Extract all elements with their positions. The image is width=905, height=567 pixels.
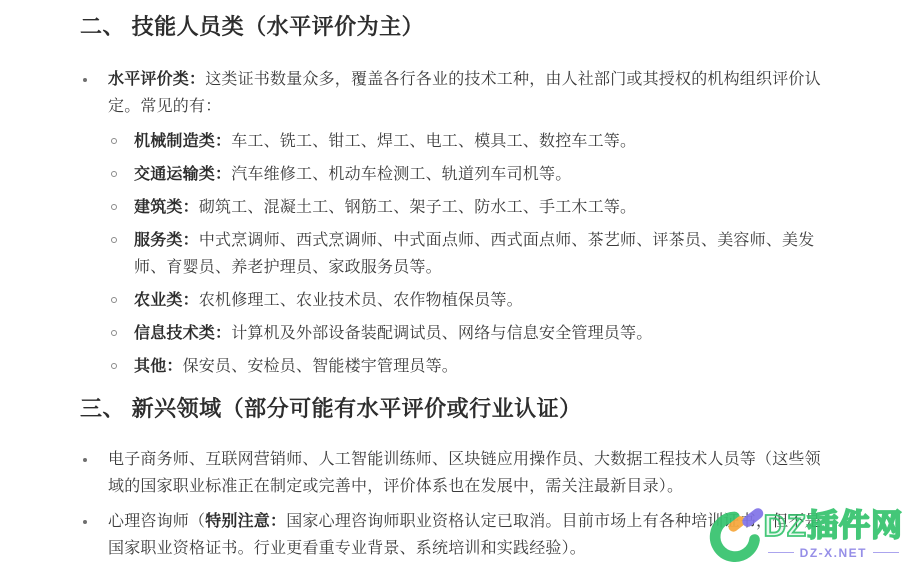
- item-label: 水平评价类：: [108, 71, 205, 88]
- bullet-circle-icon: [111, 171, 117, 177]
- common-categories-list: 机械制造类：车工、铣工、钳工、焊工、电工、模具工、数控车工等。 交通运输类：汽车…: [108, 128, 832, 380]
- section-emerging-fields: 三、 新兴领域（部分可能有水平评价或行业认证） 电子商务师、互联网营销师、人工智…: [80, 394, 832, 562]
- bullet-dot-icon: [83, 458, 87, 462]
- bullet-circle-icon: [111, 237, 117, 243]
- sub-item-transport: 交通运输类：汽车维修工、机动车检测工、轨道列车司机等。: [108, 161, 832, 188]
- item-bold-text: 特别注意：: [205, 513, 286, 530]
- sub-item-text: 保安员、安检员、智能楼宇管理员等。: [183, 358, 458, 375]
- section-heading-emerging-fields: 三、 新兴领域（部分可能有水平评价或行业认证）: [80, 394, 832, 424]
- list-item-psych-counselor: 心理咨询师（特别注意：国家心理咨询师职业资格认定已取消。目前市场上有各种培训证书…: [80, 508, 832, 562]
- sub-item-label: 信息技术类：: [134, 325, 231, 342]
- sub-item-text: 汽车维修工、机动车检测工、轨道列车司机等。: [231, 166, 571, 183]
- sub-item-text: 车工、铣工、钳工、焊工、电工、模具工、数控车工等。: [231, 133, 636, 150]
- sub-item-machinery: 机械制造类：车工、铣工、钳工、焊工、电工、模具工、数控车工等。: [108, 128, 832, 155]
- sub-item-construction: 建筑类：砌筑工、混凝土工、钢筋工、架子工、防水工、手工木工等。: [108, 194, 832, 221]
- list-item-level-evaluation: 水平评价类：这类证书数量众多，覆盖各行各业的技术工种，由人社部门或其授权的机构组…: [80, 66, 832, 380]
- sub-item-label: 交通运输类：: [134, 166, 231, 183]
- bullet-circle-icon: [111, 330, 117, 336]
- list-item-new-occupations: 电子商务师、互联网营销师、人工智能训练师、区块链应用操作员、大数据工程技术人员等…: [80, 446, 832, 500]
- dash-right: [873, 552, 899, 553]
- sub-item-others: 其他：保安员、安检员、智能楼宇管理员等。: [108, 353, 832, 380]
- bullet-circle-icon: [111, 138, 117, 144]
- sub-item-text: 砌筑工、混凝土工、钢筋工、架子工、防水工、手工木工等。: [199, 199, 636, 216]
- section-heading-skill-personnel: 二、 技能人员类（水平评价为主）: [80, 12, 832, 42]
- sub-item-text: 中式烹调师、西式烹调师、中式面点师、西式面点师、茶艺师、评茶员、美容师、美发师、…: [134, 232, 814, 276]
- bullet-circle-icon: [111, 363, 117, 369]
- document-body: 二、 技能人员类（水平评价为主） 水平评价类：这类证书数量众多，覆盖各行各业的技…: [80, 12, 832, 567]
- bullet-circle-icon: [111, 204, 117, 210]
- sub-item-label: 其他：: [134, 358, 183, 375]
- sub-item-label: 服务类：: [134, 232, 199, 249]
- bullet-dot-icon: [83, 78, 87, 82]
- sub-item-label: 农业类：: [134, 292, 199, 309]
- sub-item-label: 机械制造类：: [134, 133, 231, 150]
- section-skill-personnel: 二、 技能人员类（水平评价为主） 水平评价类：这类证书数量众多，覆盖各行各业的技…: [80, 12, 832, 380]
- bullet-dot-icon: [83, 520, 87, 524]
- sub-item-text: 农机修理工、农业技术员、农作物植保员等。: [199, 292, 523, 309]
- item-text: 这类证书数量众多，覆盖各行各业的技术工种，由人社部门或其授权的机构组织评价认定。…: [108, 71, 821, 115]
- sub-item-services: 服务类：中式烹调师、西式烹调师、中式面点师、西式面点师、茶艺师、评茶员、美容师、…: [108, 227, 832, 281]
- sub-item-text: 计算机及外部设备装配调试员、网络与信息安全管理员等。: [231, 325, 652, 342]
- sub-item-label: 建筑类：: [134, 199, 199, 216]
- skill-personnel-list: 水平评价类：这类证书数量众多，覆盖各行各业的技术工种，由人社部门或其授权的机构组…: [80, 66, 832, 380]
- item-text: 电子商务师、互联网营销师、人工智能训练师、区块链应用操作员、大数据工程技术人员等…: [108, 451, 821, 495]
- emerging-fields-list: 电子商务师、互联网营销师、人工智能训练师、区块链应用操作员、大数据工程技术人员等…: [80, 446, 832, 562]
- sub-item-information-technology: 信息技术类：计算机及外部设备装配调试员、网络与信息安全管理员等。: [108, 320, 832, 347]
- item-text: 心理咨询师（: [108, 513, 205, 530]
- bullet-circle-icon: [111, 297, 117, 303]
- sub-item-agriculture: 农业类：农机修理工、农业技术员、农作物植保员等。: [108, 287, 832, 314]
